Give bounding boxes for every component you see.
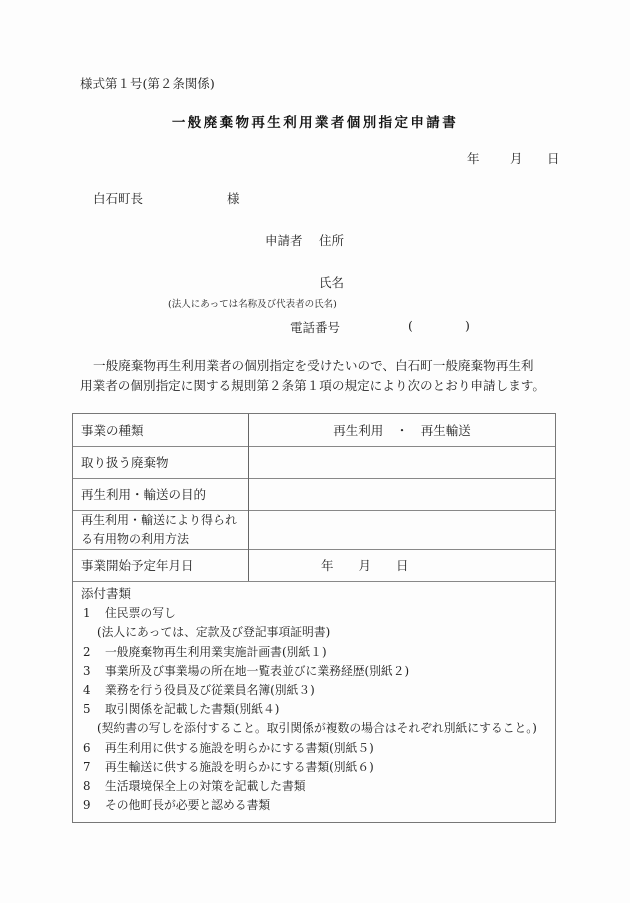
row-label: 事業の種類: [73, 414, 249, 446]
row-label: 再生利用・輸送の目的: [73, 478, 249, 510]
waste-handled-field[interactable]: [249, 446, 555, 478]
start-date-field[interactable]: 年 月 日: [249, 549, 555, 581]
phone-paren-close: ): [465, 318, 470, 333]
address-label: 住所: [319, 231, 344, 249]
row-label-line-2: る有用物の利用方法: [81, 530, 189, 549]
addressee-name: 白石町長: [93, 189, 143, 207]
phone-label: 電話番号: [290, 318, 340, 336]
date-month-label: 月: [510, 149, 523, 167]
phone-paren-open: (: [408, 318, 413, 333]
applicant-label: 申請者: [265, 231, 303, 249]
attachment-item: 1住民票の写し: [81, 604, 555, 623]
attachment-note: (契約書の写しを添付すること。取引関係が複数の場合はそれぞれ別紙にすること。): [81, 719, 555, 738]
attachment-item: 2一般廃棄物再生利用業実施計画書(別紙１): [81, 643, 555, 662]
attachment-item: 9その他町長が必要と認める書類: [81, 796, 555, 815]
purpose-field[interactable]: [249, 478, 555, 510]
document-title: 一般廃棄物再生利用業者個別指定申請書: [0, 111, 630, 131]
row-label: 再生利用・輸送により得られ る有用物の利用方法: [73, 510, 249, 549]
statement-line-2: 用業者の個別指定に関する規則第２条第１項の規定により次のとおり申請します。: [80, 376, 545, 396]
attachment-item: 6再生利用に供する施設を明らかにする書類(別紙５): [81, 739, 555, 758]
application-table: 事業の種類 再生利用 ・ 再生輸送 取り扱う廃棄物 再生利用・輸送の目的 再生利…: [72, 413, 556, 823]
table-row-usage-method: 再生利用・輸送により得られ る有用物の利用方法: [73, 510, 555, 550]
statement-line-1: 一般廃棄物再生利用業者の個別指定を受けたいので、白石町一般廃棄物再生利: [80, 356, 545, 376]
attachment-item: 5取引関係を記載した書類(別紙４): [81, 700, 555, 719]
table-row-waste-handled: 取り扱う廃棄物: [73, 446, 555, 479]
attachment-item: 4業務を行う役員及び従業員名簿(別紙３): [81, 681, 555, 700]
attachment-item: 8生活環境保全上の対策を記載した書類: [81, 777, 555, 796]
table-row-purpose: 再生利用・輸送の目的: [73, 478, 555, 511]
attachment-item: 7再生輸送に供する施設を明らかにする書類(別紙６): [81, 758, 555, 777]
usage-method-field[interactable]: [249, 510, 555, 549]
attachments-heading: 添付書類: [81, 584, 555, 603]
form-number: 様式第１号(第２条関係): [80, 74, 215, 92]
table-row-start-date: 事業開始予定年月日 年 月 日: [73, 549, 555, 582]
date-year-label: 年: [467, 149, 480, 167]
table-row-business-type: 事業の種類 再生利用 ・ 再生輸送: [73, 414, 555, 447]
attachment-item: 3事業所及び事業場の所在地一覧表並びに業務経歴(別紙２): [81, 662, 555, 681]
addressee-honorific: 様: [227, 189, 240, 207]
application-statement: 一般廃棄物再生利用業者の個別指定を受けたいので、白石町一般廃棄物再生利 用業者の…: [80, 356, 545, 396]
row-label: 事業開始予定年月日: [73, 549, 249, 581]
date-day-label: 日: [547, 149, 560, 167]
attachments-section: 添付書類 1住民票の写し (法人にあっては、定款及び登記事項証明書) 2一般廃棄…: [81, 584, 555, 815]
attachment-note: (法人にあっては、定款及び登記事項証明書): [81, 623, 555, 642]
row-label: 取り扱う廃棄物: [73, 446, 249, 478]
name-label: 氏名: [319, 273, 344, 291]
name-note: (法人にあっては名称及び代表者の氏名): [168, 296, 337, 310]
row-label-line-1: 再生利用・輸送により得られ: [81, 511, 237, 530]
business-type-options[interactable]: 再生利用 ・ 再生輸送: [249, 414, 555, 446]
